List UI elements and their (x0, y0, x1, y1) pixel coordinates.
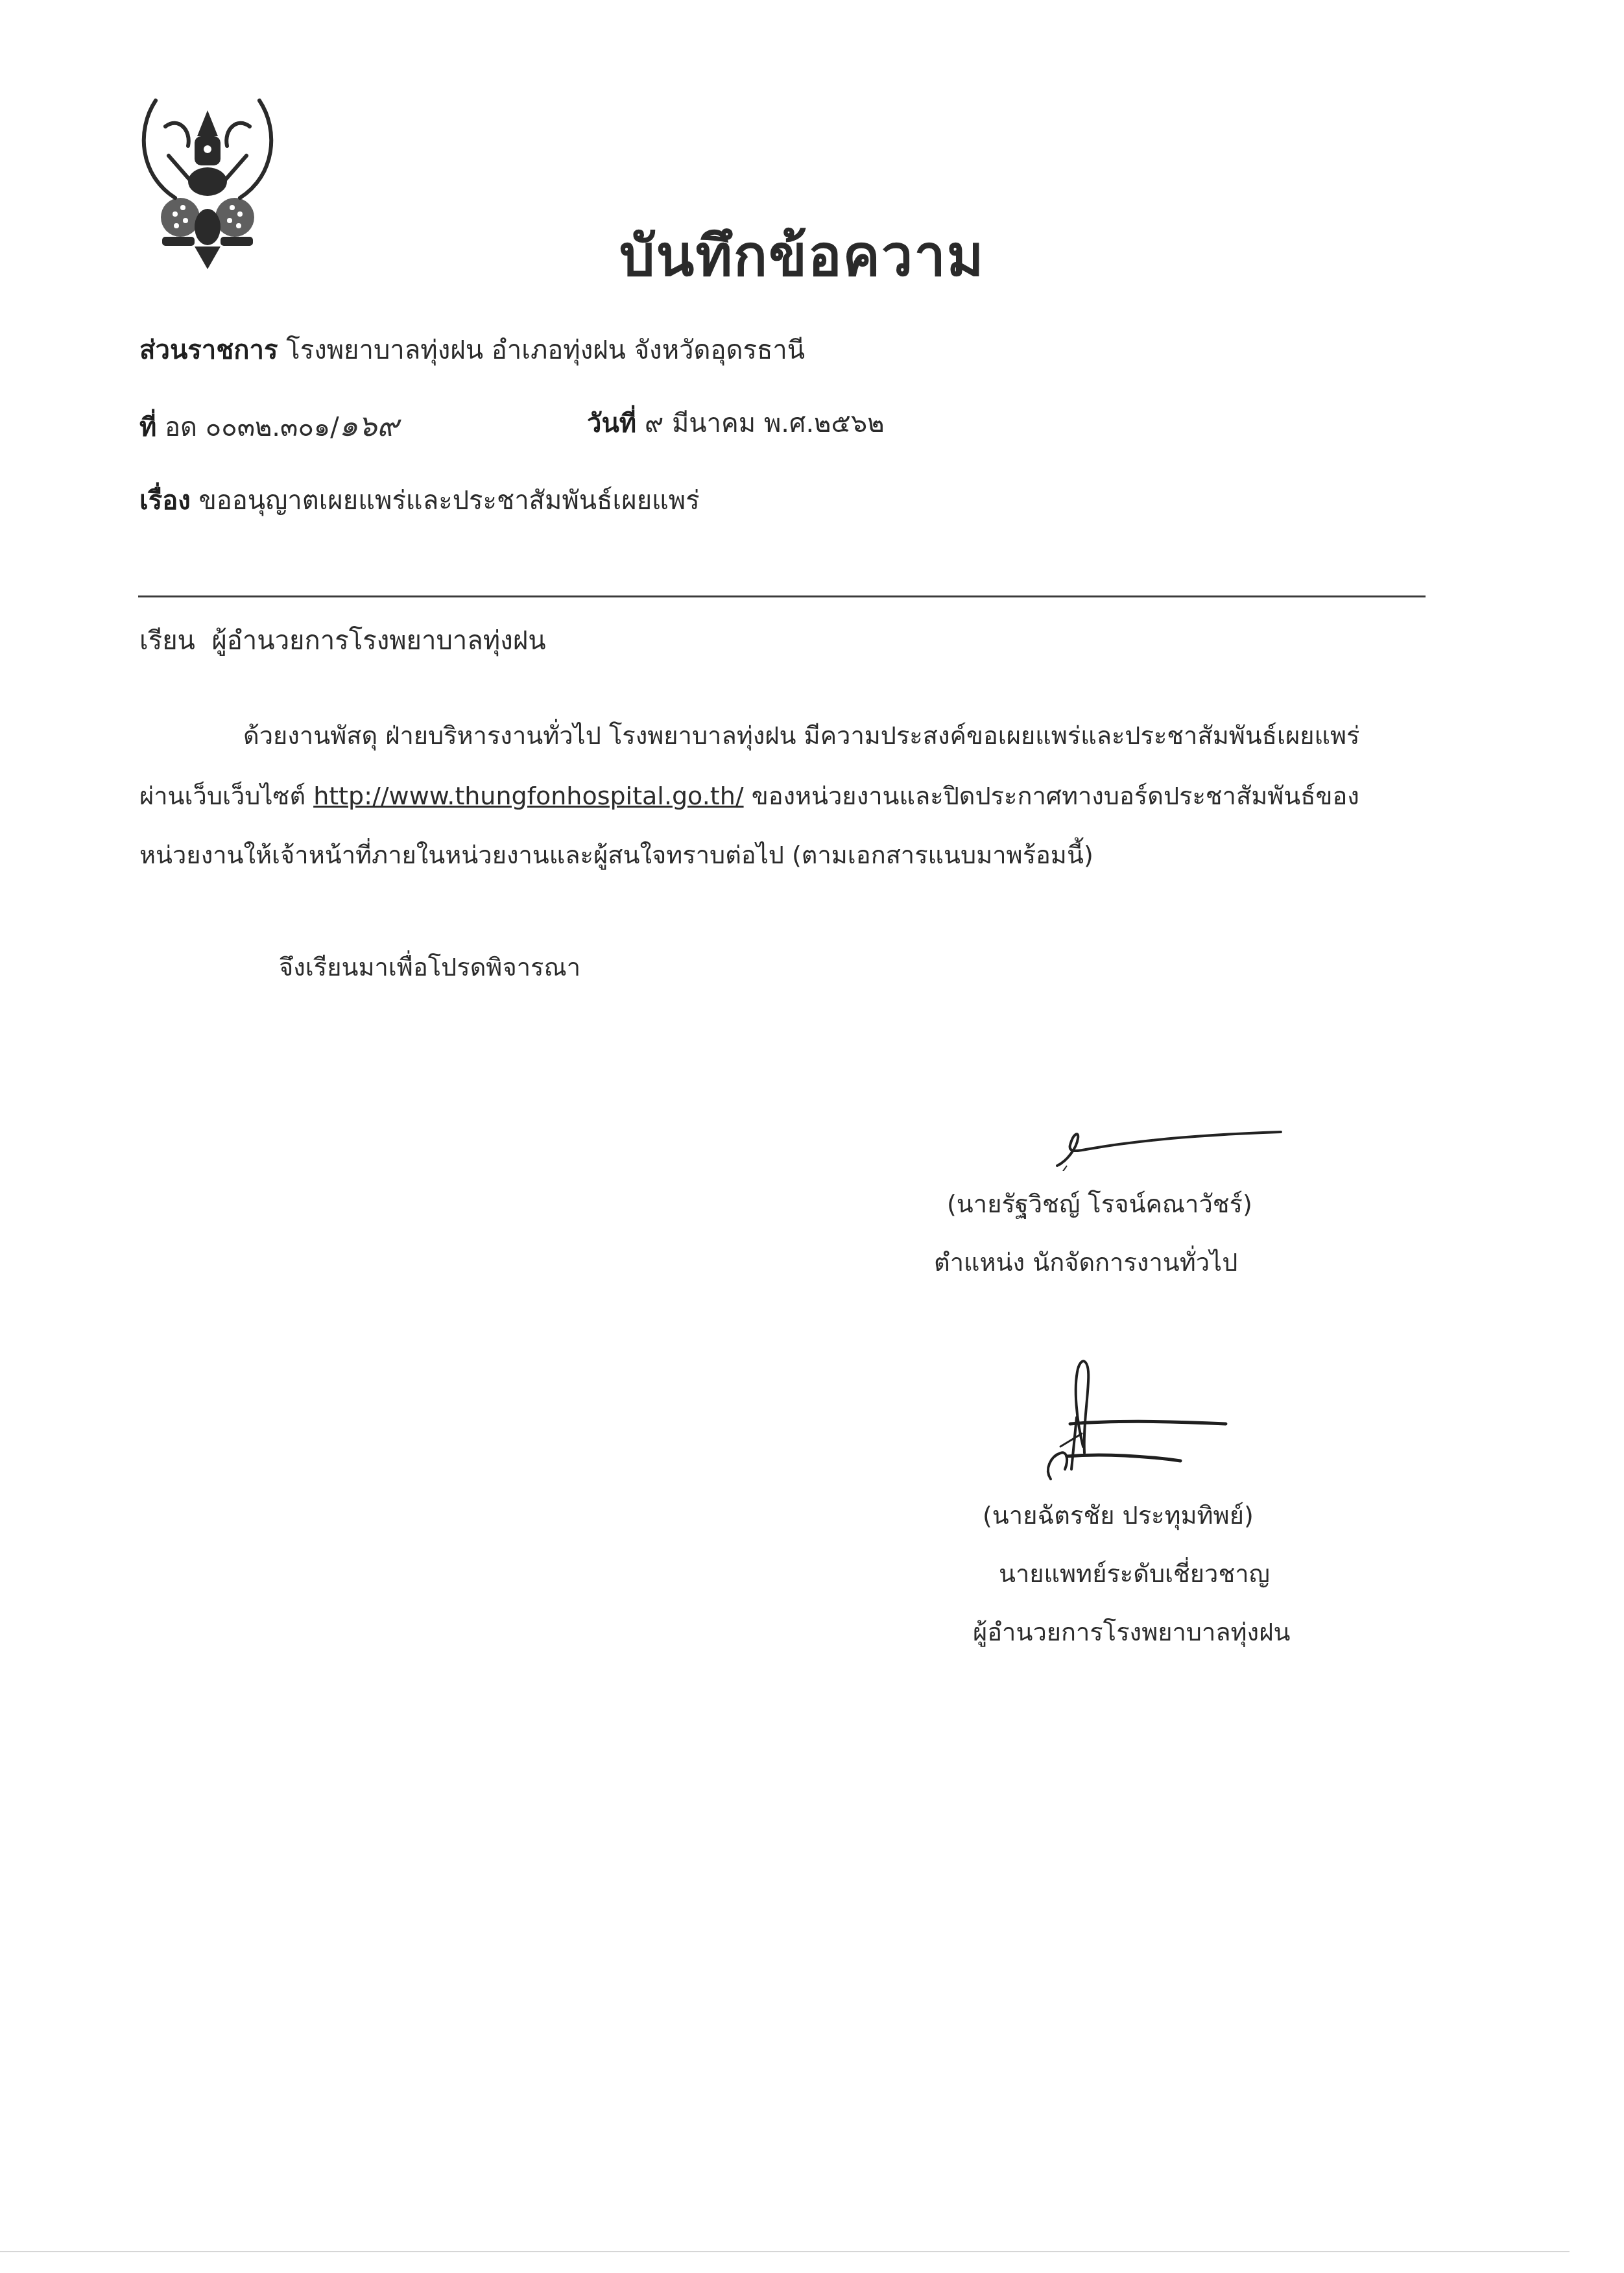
agency-value: โรงพยาบาลทุ่งฝน อำเภอทุ่งฝน จังหวัดอุดรธ… (286, 335, 805, 365)
header-divider (138, 595, 1426, 597)
salutation-row: เรียน ผู้อำนวยการโรงพยาบาลทุ่งฝน (139, 628, 546, 654)
body-line-2-prefix: ผ่านเว็บเว็บไซต์ (139, 782, 313, 810)
garuda-emblem-icon (130, 91, 285, 272)
subject-value: ขออนุญาตเผยแพร่และประชาสัมพันธ์เผยแพร่ (198, 486, 699, 516)
reference-handwritten-number: ๑๖๙ (339, 408, 399, 443)
subject-label: เรื่อง (139, 486, 191, 516)
date-value: ๙ มีนาคม พ.ศ.๒๕๖๒ (645, 409, 885, 439)
signatory-2-title: นายแพทย์ระดับเชี่ยวชาญ (999, 1554, 1270, 1593)
closing-line: จึงเรียนมาเพื่อโปรดพิจารณา (279, 947, 580, 987)
website-link[interactable]: http://www.thungfonhospital.go.th/ (313, 782, 743, 810)
signatory-1-name: (นายรัฐวิชญ์ โรจน์คณาวัชร์) (947, 1184, 1252, 1223)
signatory-1-position: ตำแหน่ง นักจัดการงานทั่วไป (934, 1242, 1237, 1282)
salutation-value: ผู้อำนวยการโรงพยาบาลทุ่งฝน (211, 626, 545, 656)
signature-1-icon (1038, 1125, 1284, 1171)
signatory-2-name: (นายฉัตรชัย ประทุมทิพย์) (983, 1495, 1254, 1535)
date-row: วันที่ ๙ มีนาคม พ.ศ.๒๕๖๒ (587, 411, 885, 437)
subject-row: เรื่อง ขออนุญาตเผยแพร่และประชาสัมพันธ์เผ… (139, 488, 700, 514)
body-line-1: ด้วยงานพัสดุ ฝ่ายบริหารงานทั่วไป โรงพยาบ… (243, 716, 1359, 755)
date-label: วันที่ (587, 409, 636, 439)
signatory-2-position: ผู้อำนวยการโรงพยาบาลทุ่งฝน (973, 1612, 1290, 1652)
body-line-2-suffix: ของหน่วยงานและปิดประกาศทางบอร์ดประชาสัมพ… (744, 782, 1359, 810)
document-title: บันทึกข้อความ (619, 211, 985, 300)
agency-row: ส่วนราชการ โรงพยาบาลทุ่งฝน อำเภอทุ่งฝน จ… (139, 337, 805, 363)
scan-bottom-edge (0, 2251, 1570, 2252)
reference-label: ที่ (139, 413, 156, 442)
agency-label: ส่วนราชการ (139, 335, 278, 365)
signature-2-icon (1031, 1356, 1245, 1485)
salutation-label: เรียน (139, 626, 195, 656)
body-line-3: หน่วยงานให้เจ้าหน้าที่ภายในหน่วยงานและผู… (139, 835, 1093, 874)
reference-row: ที่ อด ๐๐๓๒.๓๐๑/๑๖๙ (139, 411, 399, 440)
reference-number: อด ๐๐๓๒.๓๐๑/ (165, 413, 339, 442)
body-line-2: ผ่านเว็บเว็บไซต์ http://www.thungfonhosp… (139, 776, 1359, 815)
